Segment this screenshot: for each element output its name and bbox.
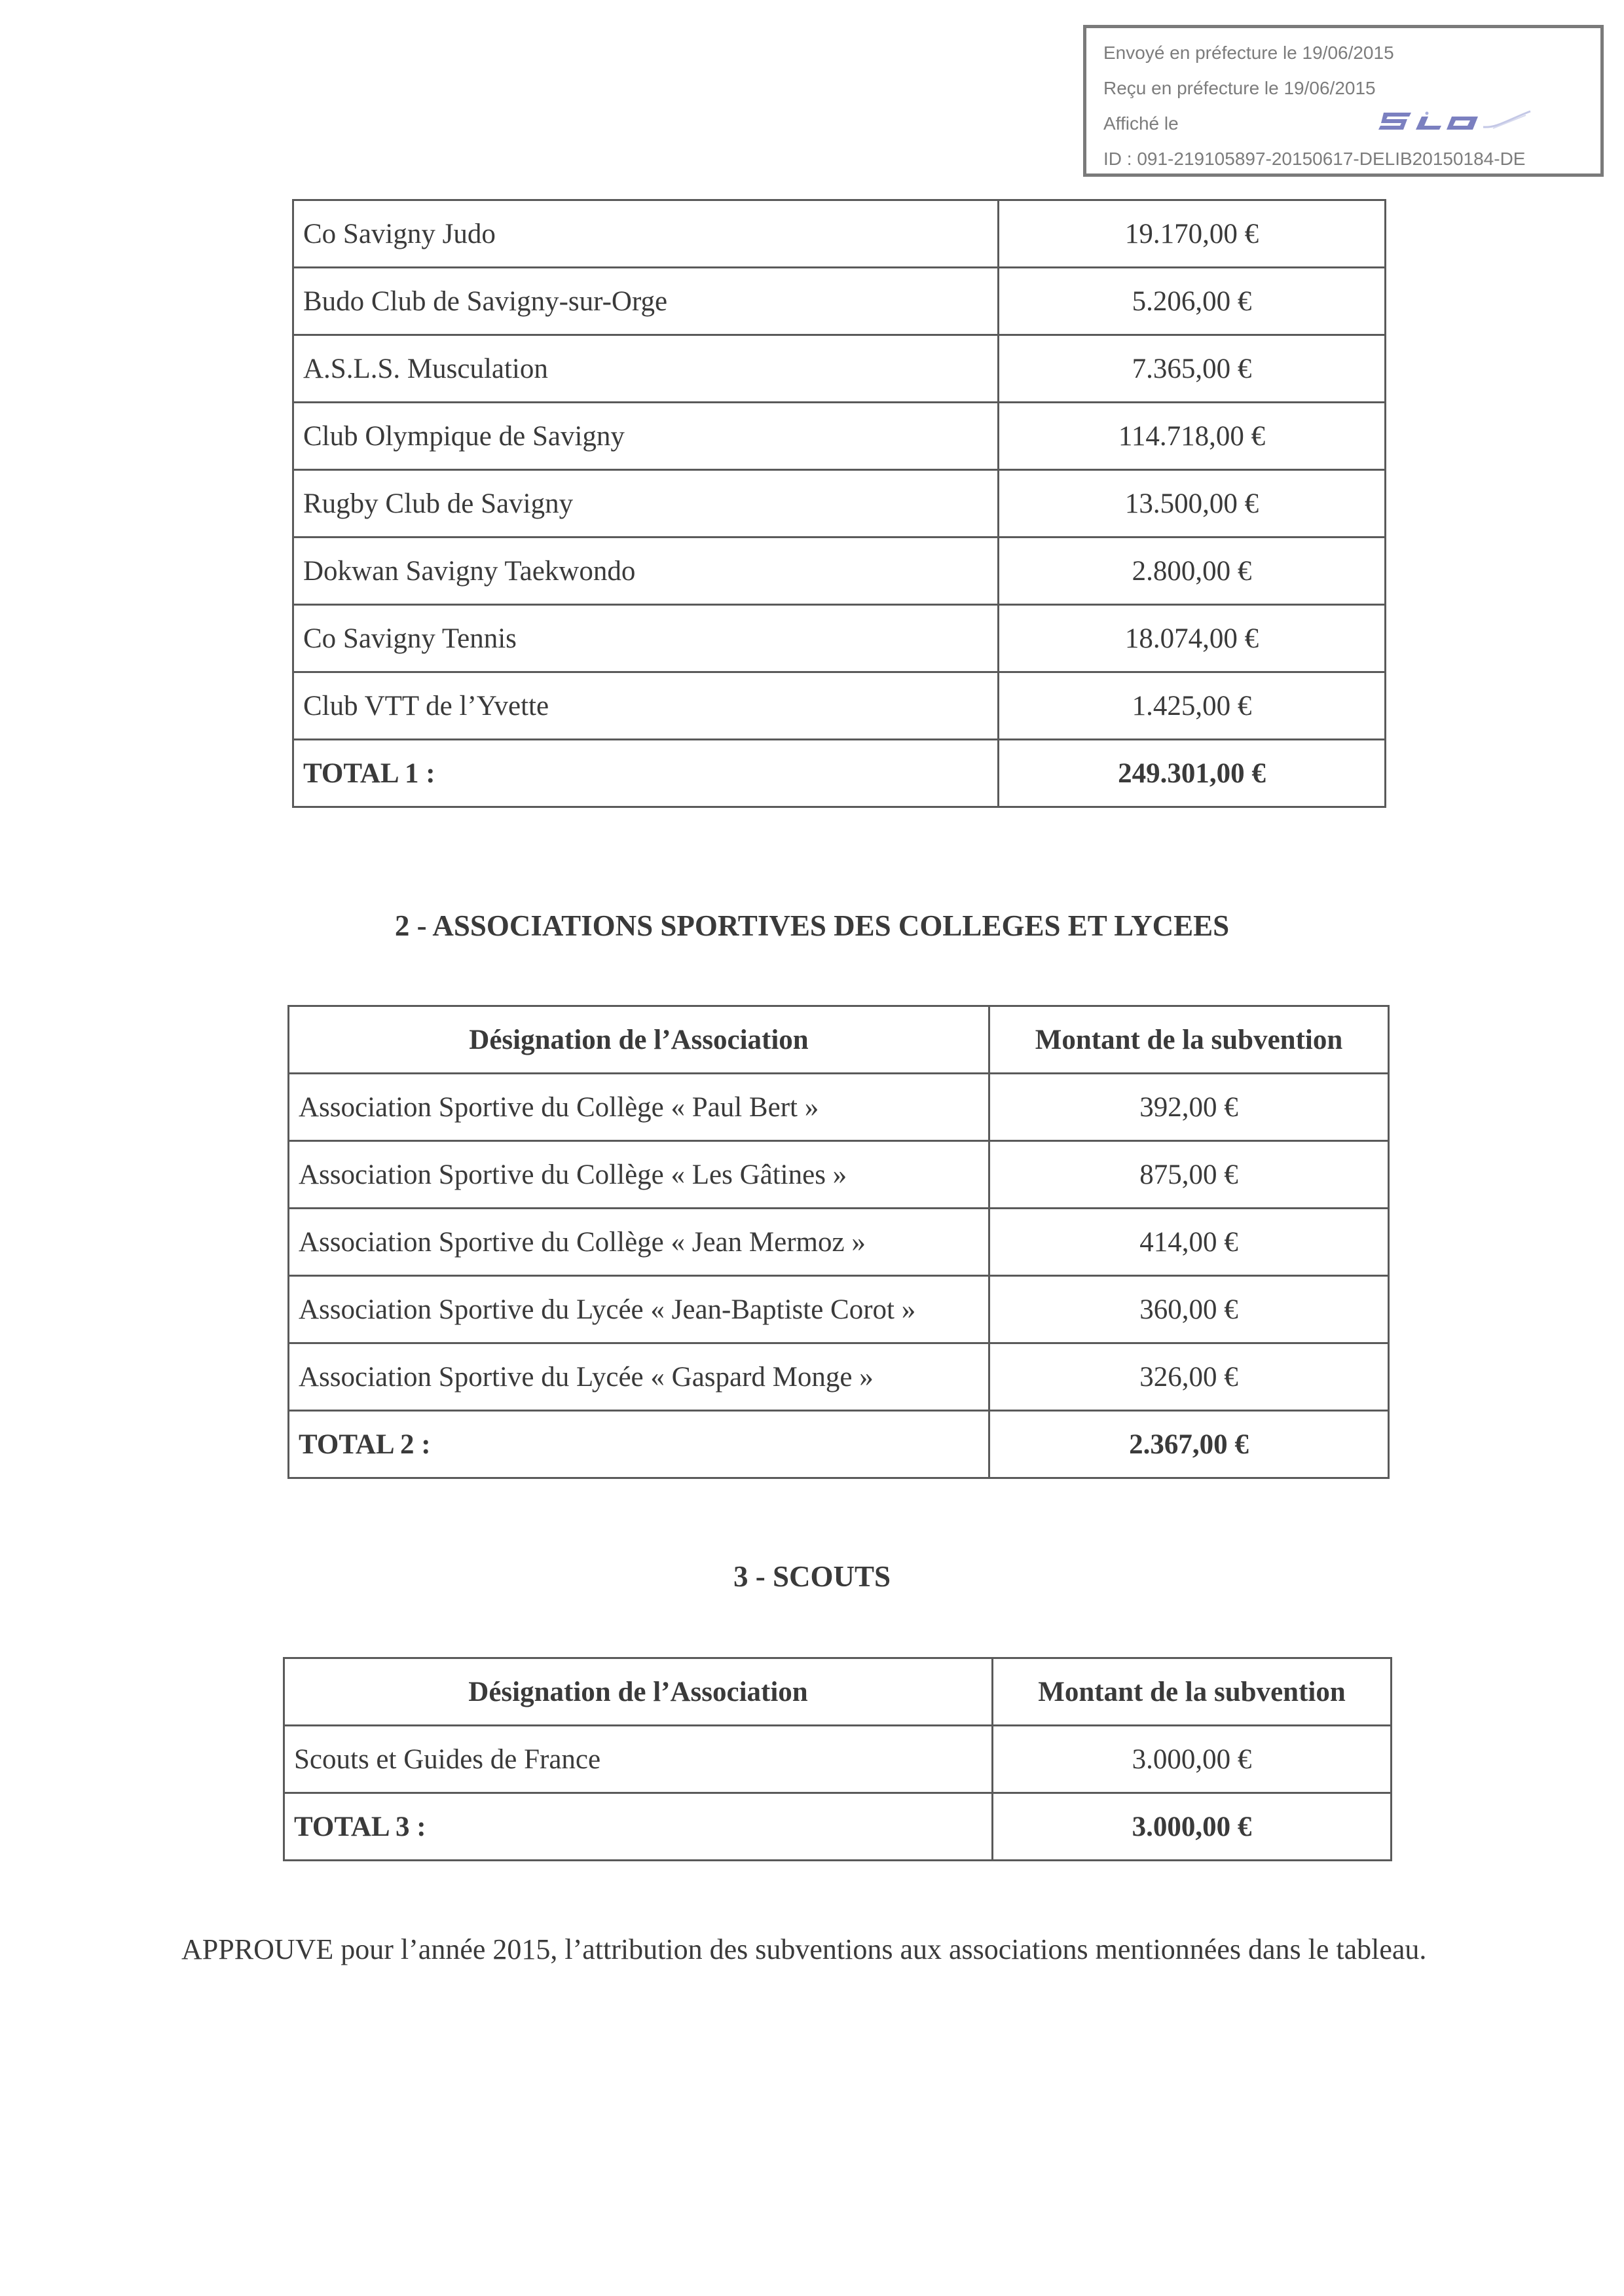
total-label: TOTAL 2 : [289,1411,989,1478]
table-row: Dokwan Savigny Taekwondo2.800,00 € [293,538,1386,605]
subsidy-amount: 18.074,00 € [999,605,1386,672]
table-row: Club Olympique de Savigny114.718,00 € [293,403,1386,470]
association-name: Association Sportive du Lycée « Jean-Bap… [289,1276,989,1343]
table-row: A.S.L.S. Musculation7.365,00 € [293,335,1386,403]
association-name: Club Olympique de Savigny [293,403,999,470]
column-header-amount: Montant de la subvention [989,1006,1389,1074]
subsidy-amount: 19.170,00 € [999,200,1386,268]
subsidy-amount: 360,00 € [989,1276,1389,1343]
column-header-amount: Montant de la subvention [993,1658,1392,1726]
table-row: Association Sportive du Lycée « Gaspard … [289,1343,1389,1411]
table-row: Association Sportive du Lycée « Jean-Bap… [289,1276,1389,1343]
subsidy-amount: 875,00 € [989,1141,1389,1209]
subsidy-amount: 326,00 € [989,1343,1389,1411]
subsidy-amount: 2.800,00 € [999,538,1386,605]
total-row: TOTAL 3 :3.000,00 € [284,1793,1392,1861]
subsidy-amount: 5.206,00 € [999,268,1386,335]
stamp-posted: Affiché le [1103,113,1179,134]
association-name: Club VTT de l’Yvette [293,672,999,740]
subsidy-amount: 3.000,00 € [993,1726,1392,1793]
table-row: Association Sportive du Collège « Jean M… [289,1209,1389,1276]
subsidy-amount: 392,00 € [989,1074,1389,1141]
school-associations-table: Désignation de l’Association Montant de … [287,1005,1390,1479]
association-name: Budo Club de Savigny-sur-Orge [293,268,999,335]
association-name: A.S.L.S. Musculation [293,335,999,403]
subsidy-amount: 7.365,00 € [999,335,1386,403]
total-amount: 249.301,00 € [999,740,1386,807]
subsidy-amount: 414,00 € [989,1209,1389,1276]
column-header-designation: Désignation de l’Association [284,1658,993,1726]
approval-paragraph: APPROUVE pour l’année 2015, l’attributio… [181,1933,1494,1967]
stamp-sent-date: Envoyé en préfecture le 19/06/2015 [1103,43,1394,64]
table-header-row: Désignation de l’Association Montant de … [284,1658,1392,1726]
section-2-heading: 2 - ASSOCIATIONS SPORTIVES DES COLLEGES … [0,909,1624,943]
subsidy-amount: 1.425,00 € [999,672,1386,740]
table-row: Budo Club de Savigny-sur-Orge5.206,00 € [293,268,1386,335]
total-label: TOTAL 1 : [293,740,999,807]
total-amount: 3.000,00 € [993,1793,1392,1861]
association-name: Association Sportive du Collège « Jean M… [289,1209,989,1276]
stamp-id: ID : 091-219105897-20150617-DELIB2015018… [1103,149,1525,170]
stamp-received-date: Reçu en préfecture le 19/06/2015 [1103,78,1376,99]
association-name: Association Sportive du Collège « Les Gâ… [289,1141,989,1209]
table-row: Association Sportive du Collège « Paul B… [289,1074,1389,1141]
association-name: Co Savigny Tennis [293,605,999,672]
subsidy-amount: 114.718,00 € [999,403,1386,470]
table-row: Co Savigny Tennis18.074,00 € [293,605,1386,672]
association-name: Scouts et Guides de France [284,1726,993,1793]
association-name: Rugby Club de Savigny [293,470,999,538]
prefecture-stamp: Envoyé en préfecture le 19/06/2015 Reçu … [1083,25,1604,177]
column-header-designation: Désignation de l’Association [289,1006,989,1074]
association-name: Association Sportive du Lycée « Gaspard … [289,1343,989,1411]
slow-logo-icon [1378,110,1536,132]
total-label: TOTAL 3 : [284,1793,993,1861]
scouts-table: Désignation de l’Association Montant de … [283,1657,1392,1861]
table-row: Scouts et Guides de France3.000,00 € [284,1726,1392,1793]
sports-clubs-table: Co Savigny Judo19.170,00 €Budo Club de S… [292,199,1386,808]
association-name: Association Sportive du Collège « Paul B… [289,1074,989,1141]
total-row: TOTAL 1 :249.301,00 € [293,740,1386,807]
table-row: Co Savigny Judo19.170,00 € [293,200,1386,268]
total-row: TOTAL 2 :2.367,00 € [289,1411,1389,1478]
table-row: Rugby Club de Savigny13.500,00 € [293,470,1386,538]
table-row: Association Sportive du Collège « Les Gâ… [289,1141,1389,1209]
association-name: Co Savigny Judo [293,200,999,268]
table-row: Club VTT de l’Yvette1.425,00 € [293,672,1386,740]
total-amount: 2.367,00 € [989,1411,1389,1478]
table-header-row: Désignation de l’Association Montant de … [289,1006,1389,1074]
subsidy-amount: 13.500,00 € [999,470,1386,538]
section-3-heading: 3 - SCOUTS [0,1559,1624,1594]
association-name: Dokwan Savigny Taekwondo [293,538,999,605]
